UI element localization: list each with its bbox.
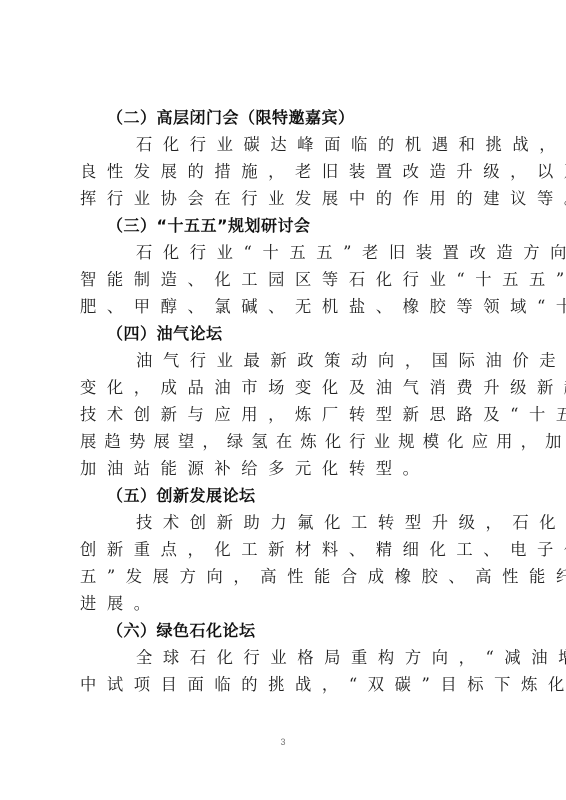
document-page: （二）高层闭门会（限特邀嘉宾） 石化行业碳达峰面临的机遇和挑战，反“内卷”、推动… <box>80 104 490 698</box>
section-planning-seminar: （三）“十五五”规划研讨会 石化行业“十五五”老旧装置改造方向及重点任务，发布 … <box>80 212 490 320</box>
section-heading: （二）高层闭门会（限特邀嘉宾） <box>80 104 490 131</box>
body-line: 肥、甲醇、氯碱、无机盐、橡胶等领域“十五五”专业指南。 <box>80 293 500 320</box>
section-heading: （五）创新发展论坛 <box>80 482 490 509</box>
page-number: 3 <box>0 737 566 747</box>
section-oil-gas-forum: （四）油气论坛 油气行业最新政策动向，国际油价走势及油气贸易格局新 变化，成品油… <box>80 320 490 482</box>
body-line: 变化，成品油市场变化及油气消费升级新趋势，油气勘探开发 <box>80 374 500 401</box>
body-line: 全球石化行业格局重构方向，“减油增化”实施路径，石化 <box>80 644 500 671</box>
body-line: 技术创新助力氟化工转型升级，石化行业“十五五”科技 <box>80 509 500 536</box>
body-line: 创新重点，化工新材料、精细化工、电子化学品等领域“十五 <box>80 536 500 563</box>
body-line: 中试项目面临的挑战，“双碳”目标下炼化行业绿色低碳转型与 <box>80 671 500 698</box>
body-line: 五”发展方向，高性能合成橡胶、高性能纤维等领域科技创新 <box>80 563 500 590</box>
body-line: 技术创新与应用，炼厂转型新思路及“十五五”一体化炼厂发 <box>80 401 500 428</box>
body-line: 油气行业最新政策动向，国际油价走势及油气贸易格局新 <box>80 347 500 374</box>
body-line: 挥行业协会在行业发展中的作用的建议等。 <box>80 185 500 212</box>
body-line: 石化行业碳达峰面临的机遇和挑战，反“内卷”、推动行业 <box>80 131 500 158</box>
section-heading: （六）绿色石化论坛 <box>80 617 490 644</box>
body-line: 石化行业“十五五”老旧装置改造方向及重点任务，发布 <box>80 239 500 266</box>
section-innovation-forum: （五）创新发展论坛 技术创新助力氟化工转型升级，石化行业“十五五”科技 创新重点… <box>80 482 490 617</box>
body-line: 良性发展的措施，老旧装置改造升级，以及培育一流协会、发 <box>80 158 500 185</box>
body-line: 加油站能源补给多元化转型。 <box>80 455 500 482</box>
section-green-petrochemical-forum: （六）绿色石化论坛 全球石化行业格局重构方向，“减油增化”实施路径，石化 中试项… <box>80 617 490 698</box>
section-heading: （四）油气论坛 <box>80 320 490 347</box>
body-line: 展趋势展望，绿氢在炼化行业规模化应用，加油+充电模式提速， <box>80 428 500 455</box>
body-line: 进展。 <box>80 590 500 617</box>
section-heading: （三）“十五五”规划研讨会 <box>80 212 490 239</box>
section-closed-door-meeting: （二）高层闭门会（限特邀嘉宾） 石化行业碳达峰面临的机遇和挑战，反“内卷”、推动… <box>80 104 490 212</box>
body-line: 智能制造、化工园区等石化行业“十五五”专项指南，解读氮 <box>80 266 500 293</box>
